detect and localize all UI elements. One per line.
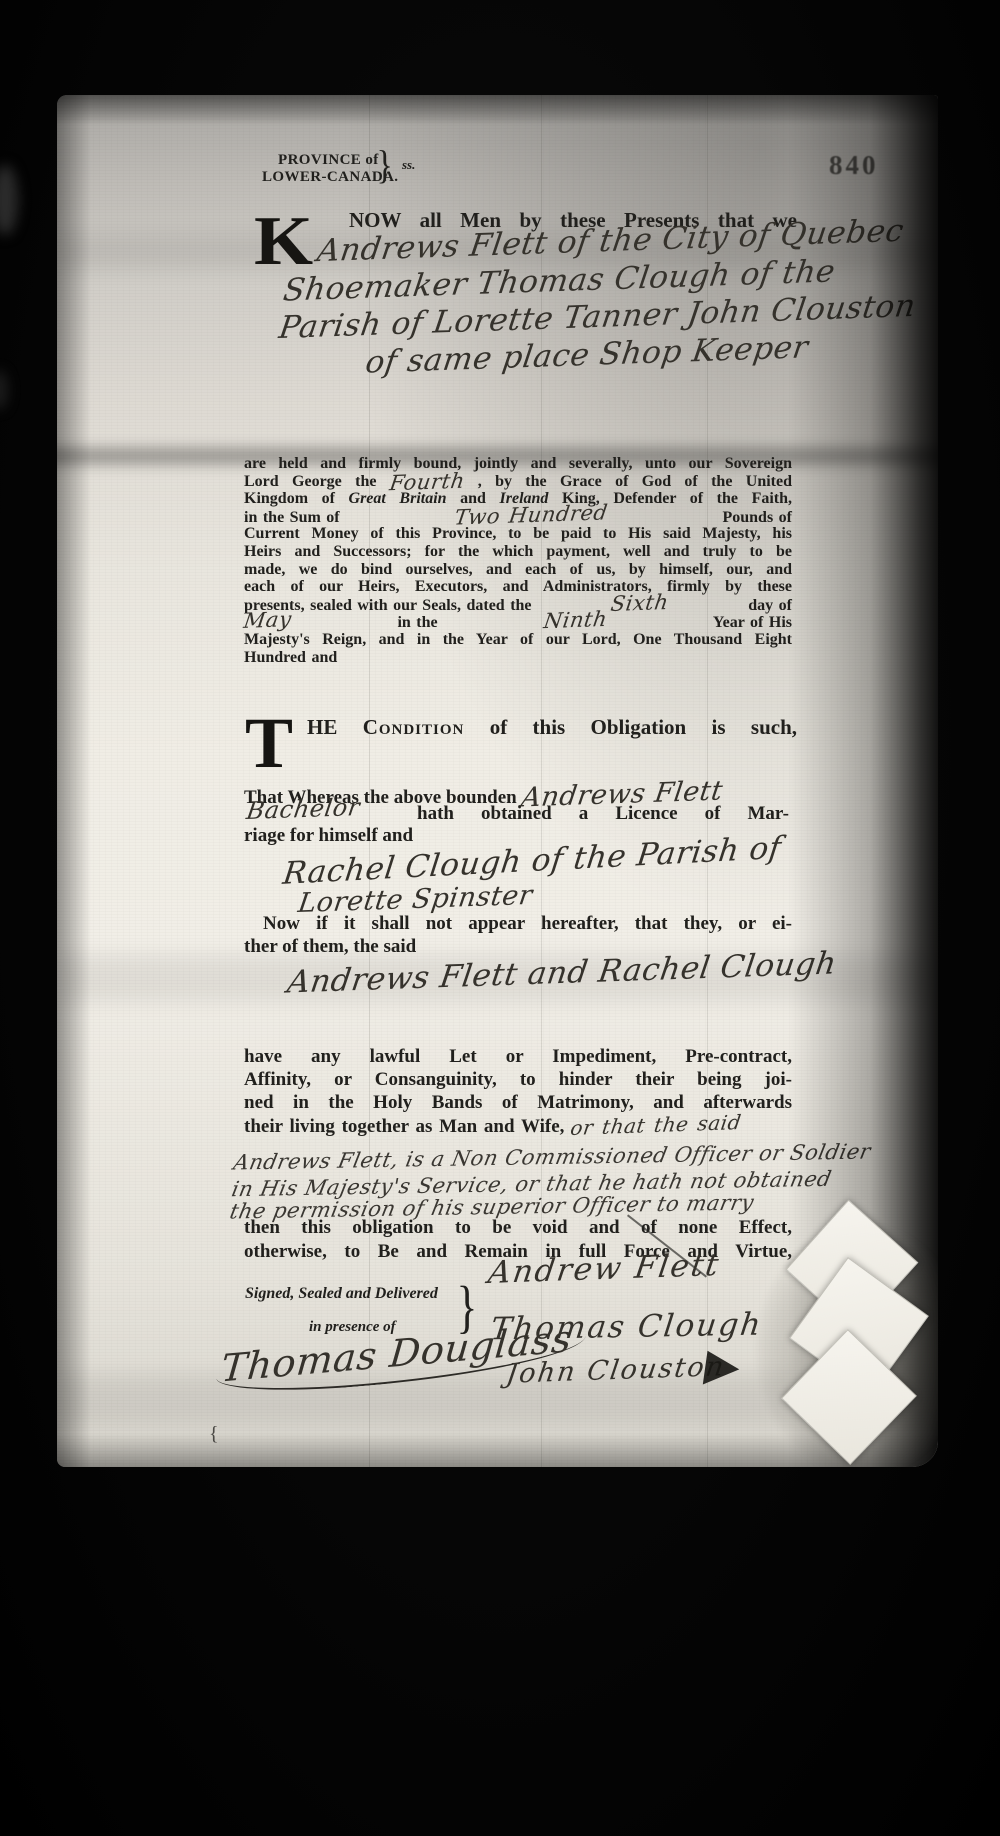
impediment-line: have any lawful Let or Impediment, Pre-c… <box>244 1045 792 1068</box>
bond-line: each of our Heirs, Executors, and Admini… <box>244 578 792 596</box>
impediment-line: their living together as Man and Wife, o… <box>244 1114 792 1137</box>
bond-text: Year of His <box>713 614 792 632</box>
condition-heading: HE Condition of this Obligation is such, <box>307 715 797 741</box>
bond-text: , by the Grace of God of the United <box>464 473 792 490</box>
insert-clause-1: or that the said <box>569 1111 743 1140</box>
province-heading-line1: PROVINCE of <box>278 152 379 169</box>
condition-text: HE <box>307 715 363 739</box>
province-brace: } <box>376 141 392 188</box>
bond-line: Heirs and Successors; for the which paym… <box>244 543 792 561</box>
bond-text: in the Sum of <box>244 509 340 527</box>
bond-line: Majesty's Reign, and in the Year of our … <box>244 631 792 649</box>
void-line-1: then this obligation to be void and of n… <box>244 1217 792 1240</box>
hw-fill-sum: Two Hundred <box>453 505 608 524</box>
now-line-2: ther of them, the said <box>244 936 416 958</box>
bond-paragraph: are held and firmly bound, jointly and s… <box>244 455 792 666</box>
impediment-line: Affinity, or Consanguinity, to hinder th… <box>244 1068 792 1091</box>
paper: 840 PROVINCE of LOWER-CANADA. } ss. K NO… <box>57 95 938 1467</box>
film-smudge <box>0 165 18 235</box>
licence-line-2: riage for himself and <box>244 825 413 847</box>
signature-paraph <box>703 1351 741 1389</box>
hw-fill-day: Sixth <box>610 595 670 611</box>
licence-line-1: hath obtained a Licence of Mar- <box>417 803 789 825</box>
bond-text: day of <box>748 597 792 615</box>
now-line-1: Now if it shall not appear hereafter, th… <box>263 913 792 935</box>
left-edge-shadow <box>57 95 91 1467</box>
hw-fill-month: May <box>243 613 293 629</box>
dropcap-t: T <box>245 707 293 779</box>
bond-line: Mayin theNinthYear of His <box>244 613 792 631</box>
condition-smallcaps: Condition <box>363 715 465 739</box>
signature-thomas-clough: Thomas Clough <box>488 1307 764 1348</box>
film-smudge <box>0 370 8 410</box>
impediment-paragraph: have any lawful Let or Impediment, Pre-c… <box>244 1045 792 1137</box>
bond-text: Pounds of <box>722 509 792 527</box>
bond-text: Lord George the <box>244 473 390 490</box>
hw-fill-regnal-year: Ninth <box>543 612 608 628</box>
bond-line: Lord George the Fourth , by the Grace of… <box>244 473 792 491</box>
film-background: 840 PROVINCE of LOWER-CANADA. } ss. K NO… <box>0 0 1000 1836</box>
top-edge-shadow <box>57 95 938 125</box>
dropcap-k: K <box>254 206 313 276</box>
ss-abbreviation: ss. <box>402 157 415 173</box>
impediment-text: their living together as Man and Wife, <box>244 1116 571 1137</box>
hw-fill-regnal-name: Fourth <box>389 473 466 490</box>
bond-text: Kingdom of <box>244 490 349 507</box>
groom-status-fill: Bachelor <box>245 793 362 825</box>
bond-text: in the <box>397 614 437 632</box>
bond-line: Current Money of this Province, to be pa… <box>244 525 792 543</box>
attestation-label: Signed, Sealed and Delivered <box>245 1285 438 1303</box>
bond-line: made, we do bind ourselves, and each of … <box>244 561 792 579</box>
condition-text: of this Obligation is such, <box>464 715 797 739</box>
bond-line: are held and firmly bound, jointly and s… <box>244 455 792 473</box>
